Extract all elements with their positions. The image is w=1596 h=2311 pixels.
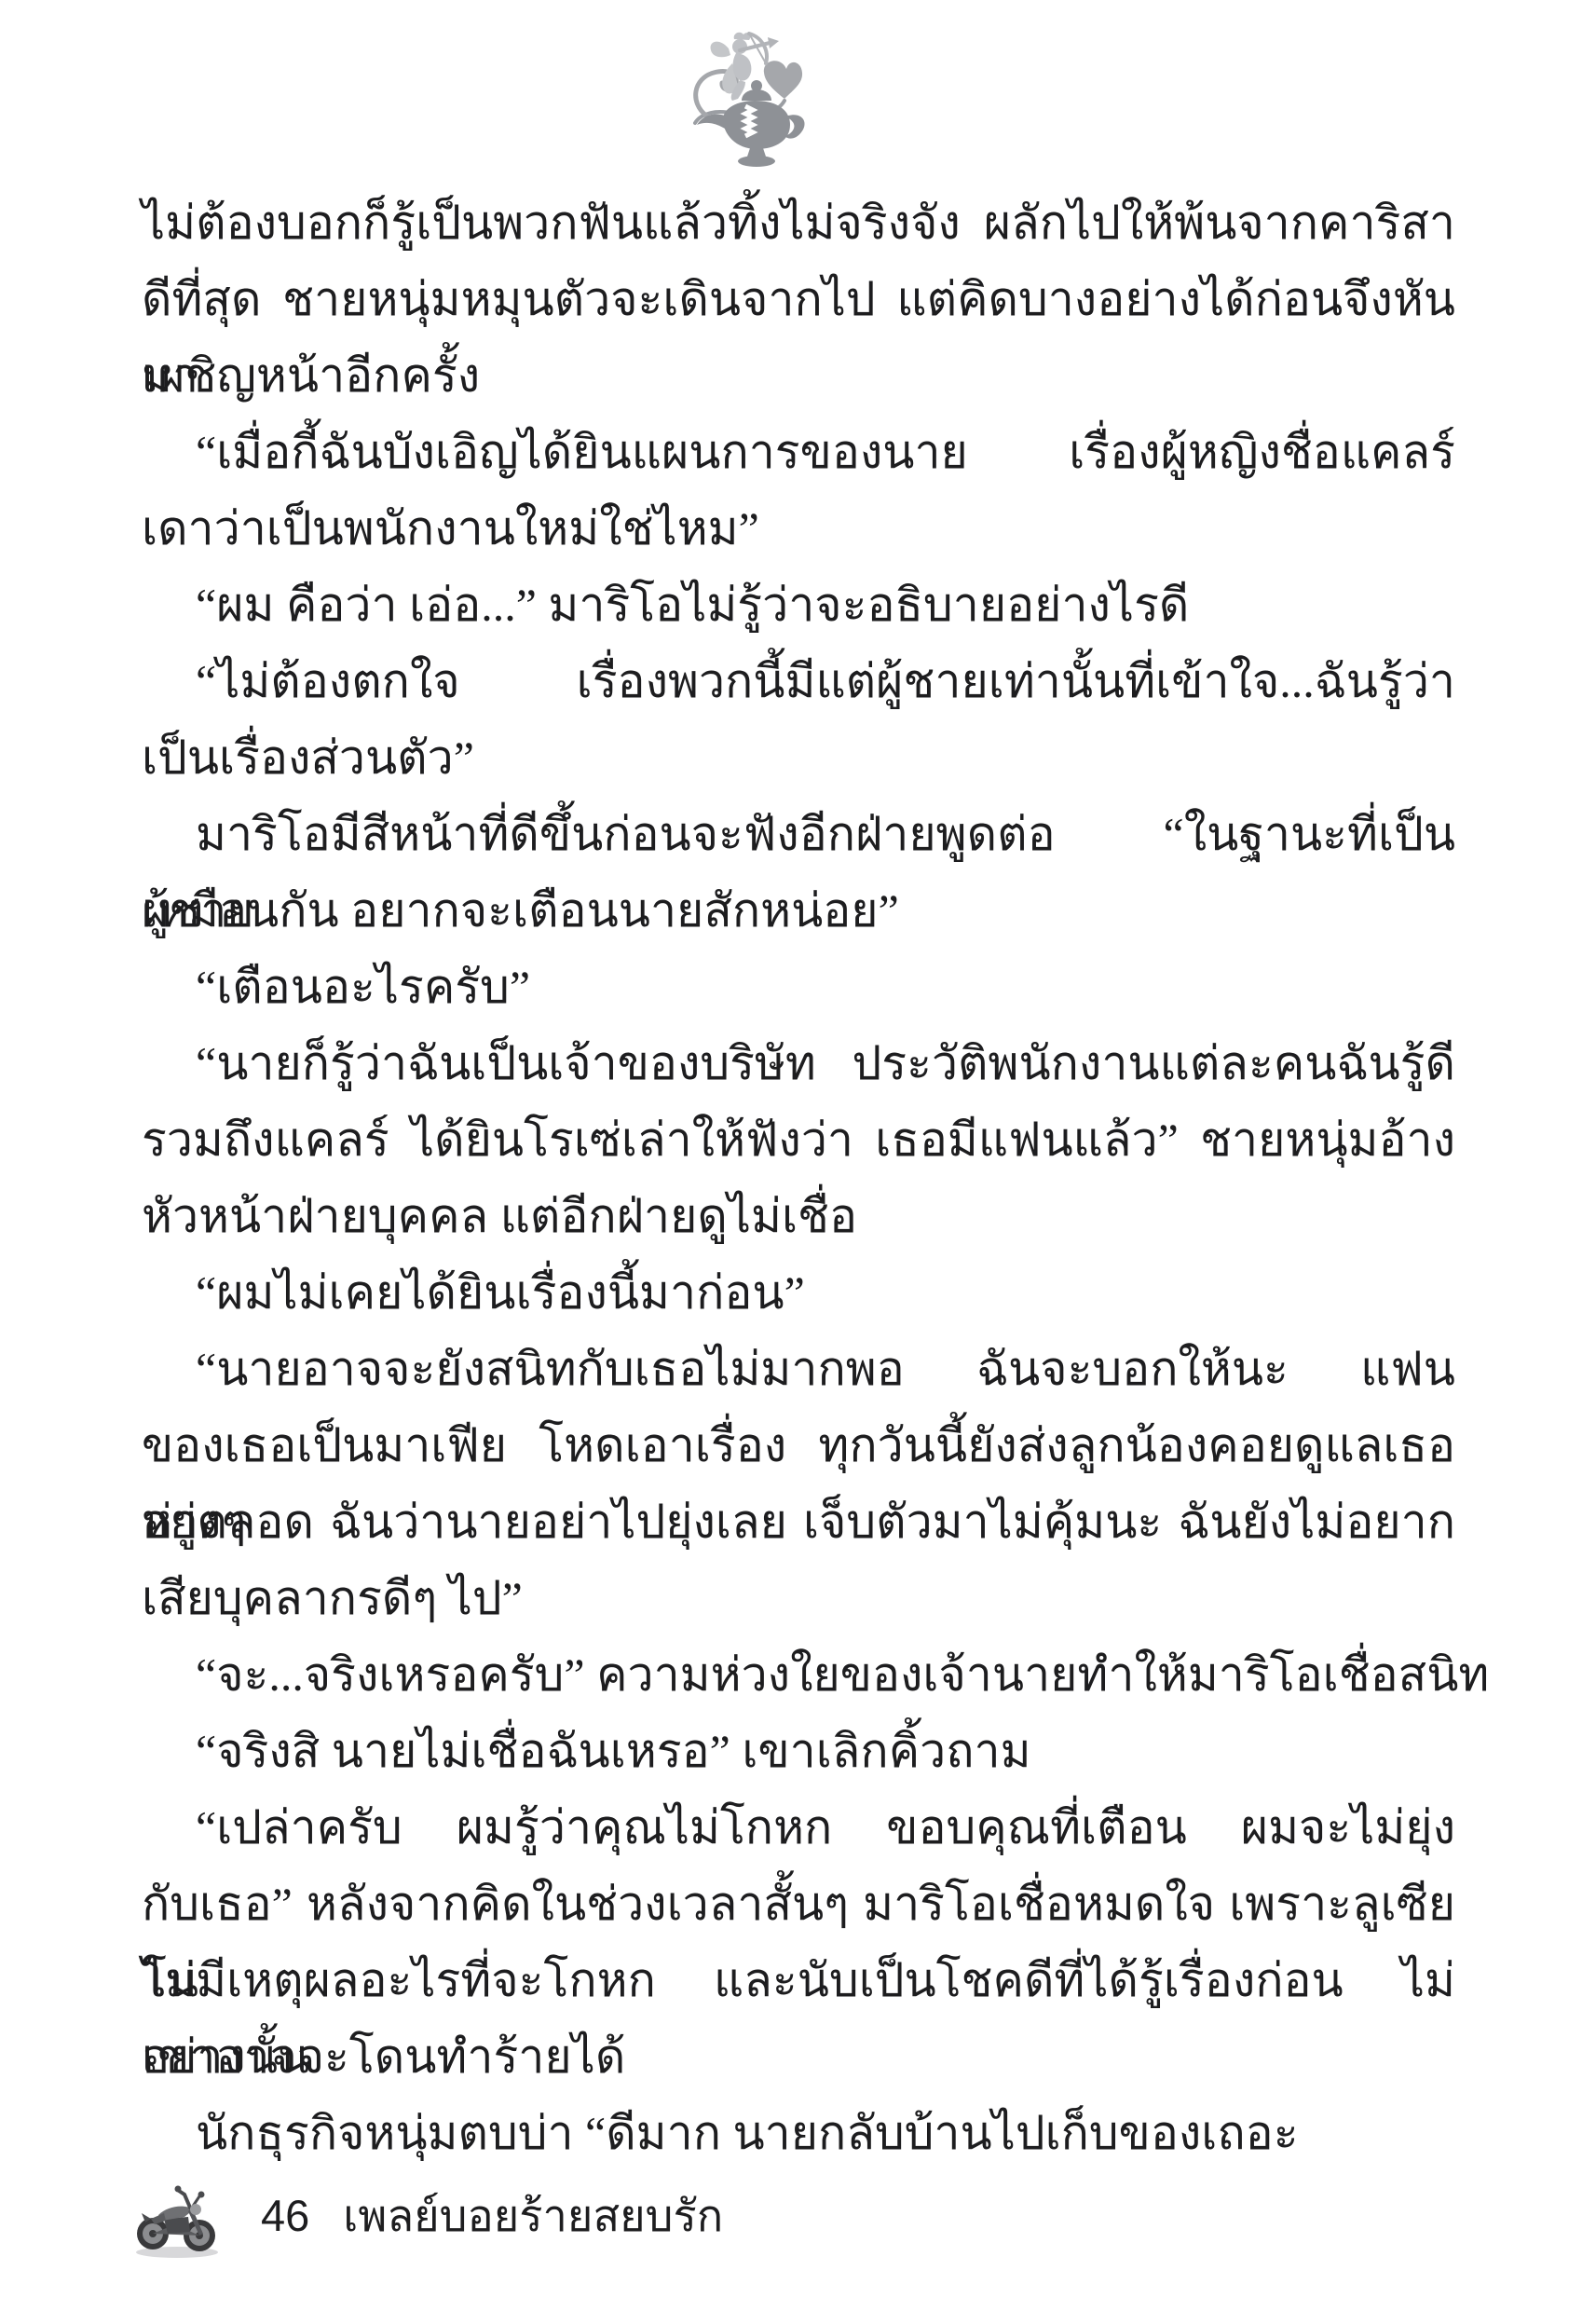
text-line: เผชิญหน้าอีกครั้ง xyxy=(142,337,1455,414)
text-line: “เปล่าครับ ผมรู้ว่าคุณไม่โกหก ขอบคุณที่เ… xyxy=(142,1789,1455,1866)
text-line: เขาอาจจะโดนทำร้ายได้ xyxy=(142,2018,1455,2095)
text-line: “ผมไม่เคยได้ยินเรื่องนี้มาก่อน” xyxy=(142,1254,1455,1331)
text-line: เดาว่าเป็นพนักงานใหม่ใช่ไหม” xyxy=(142,490,1455,567)
page-number: 46 xyxy=(261,2190,309,2241)
text-line: เสียบุคลากรดีๆ ไป” xyxy=(142,1560,1455,1636)
text-line: “ไม่ต้องตกใจ เรื่องพวกนี้มีแต่ผู้ชายเท่า… xyxy=(142,643,1455,719)
text-line: กับเธอ” หลังจากคิดในช่วงเวลาสั้นๆ มาริโอ… xyxy=(142,1866,1455,1942)
text-line: “ผม คือว่า เอ่อ...” มาริโอไม่รู้ว่าจะอธิ… xyxy=(142,567,1455,643)
text-line: เป็นเรื่องส่วนตัว” xyxy=(142,719,1455,796)
book-title: เพลย์บอยร้ายสยบรัก xyxy=(343,2181,723,2250)
text-line: ไม่ต้องบอกก็รู้เป็นพวกฟันแล้วทิ้งไม่จริง… xyxy=(142,185,1455,261)
text-line: “เมื่อกี้ฉันบังเอิญได้ยินแผนการของนาย เร… xyxy=(142,414,1455,490)
cupid-lamp-ornament xyxy=(688,26,824,168)
text-line: นักธุรกิจหนุ่มตบบ่า “ดีมาก นายกลับบ้านไป… xyxy=(142,2095,1455,2171)
text-line: “จริงสิ นายไม่เชื่อฉันเหรอ” เขาเลิกคิ้วถ… xyxy=(142,1713,1455,1789)
text-line: ของเธอเป็นมาเฟีย โหดเอาเรื่อง ทุกวันนี้ย… xyxy=(142,1407,1455,1484)
text-line: ไม่มีเหตุผลอะไรที่จะโกหก และนับเป็นโชคดี… xyxy=(142,1942,1455,2018)
text-line: มาริโอมีสีหน้าที่ดีขึ้นก่อนจะฟังอีกฝ่ายพ… xyxy=(142,796,1455,872)
motorcycle-icon xyxy=(130,2167,224,2263)
text-line: ดีที่สุด ชายหนุ่มหมุนตัวจะเดินจากไป แต่ค… xyxy=(142,261,1455,337)
text-line: “เตือนอะไรครับ” xyxy=(142,949,1455,1025)
text-line: รวมถึงแคลร์ ได้ยินโรเซ่เล่าให้ฟังว่า เธอ… xyxy=(142,1101,1455,1178)
text-line: หัวหน้าฝ่ายบุคคล แต่อีกฝ่ายดูไม่เชื่อ xyxy=(142,1178,1455,1254)
book-page: ไม่ต้องบอกก็รู้เป็นพวกฟันแล้วทิ้งไม่จริง… xyxy=(0,0,1596,2311)
text-line: “นายอาจจะยังสนิทกับเธอไม่มากพอ ฉันจะบอกใ… xyxy=(142,1331,1455,1407)
text-line: “จะ...จริงเหรอครับ” ความห่วงใยของเจ้านาย… xyxy=(142,1636,1455,1713)
text-line: เหมือนกัน อยากจะเตือนนายสักหน่อย” xyxy=(142,872,1455,949)
body-text: ไม่ต้องบอกก็รู้เป็นพวกฟันแล้วทิ้งไม่จริง… xyxy=(142,185,1455,2171)
cupid-lamp-icon xyxy=(688,26,824,168)
page-footer: 46 เพลย์บอยร้ายสยบรัก xyxy=(130,2164,723,2266)
text-line: “นายก็รู้ว่าฉันเป็นเจ้าของบริษัท ประวัติ… xyxy=(142,1025,1455,1101)
text-line: อยู่ตลอด ฉันว่านายอย่าไปยุ่งเลย เจ็บตัวม… xyxy=(142,1484,1455,1560)
